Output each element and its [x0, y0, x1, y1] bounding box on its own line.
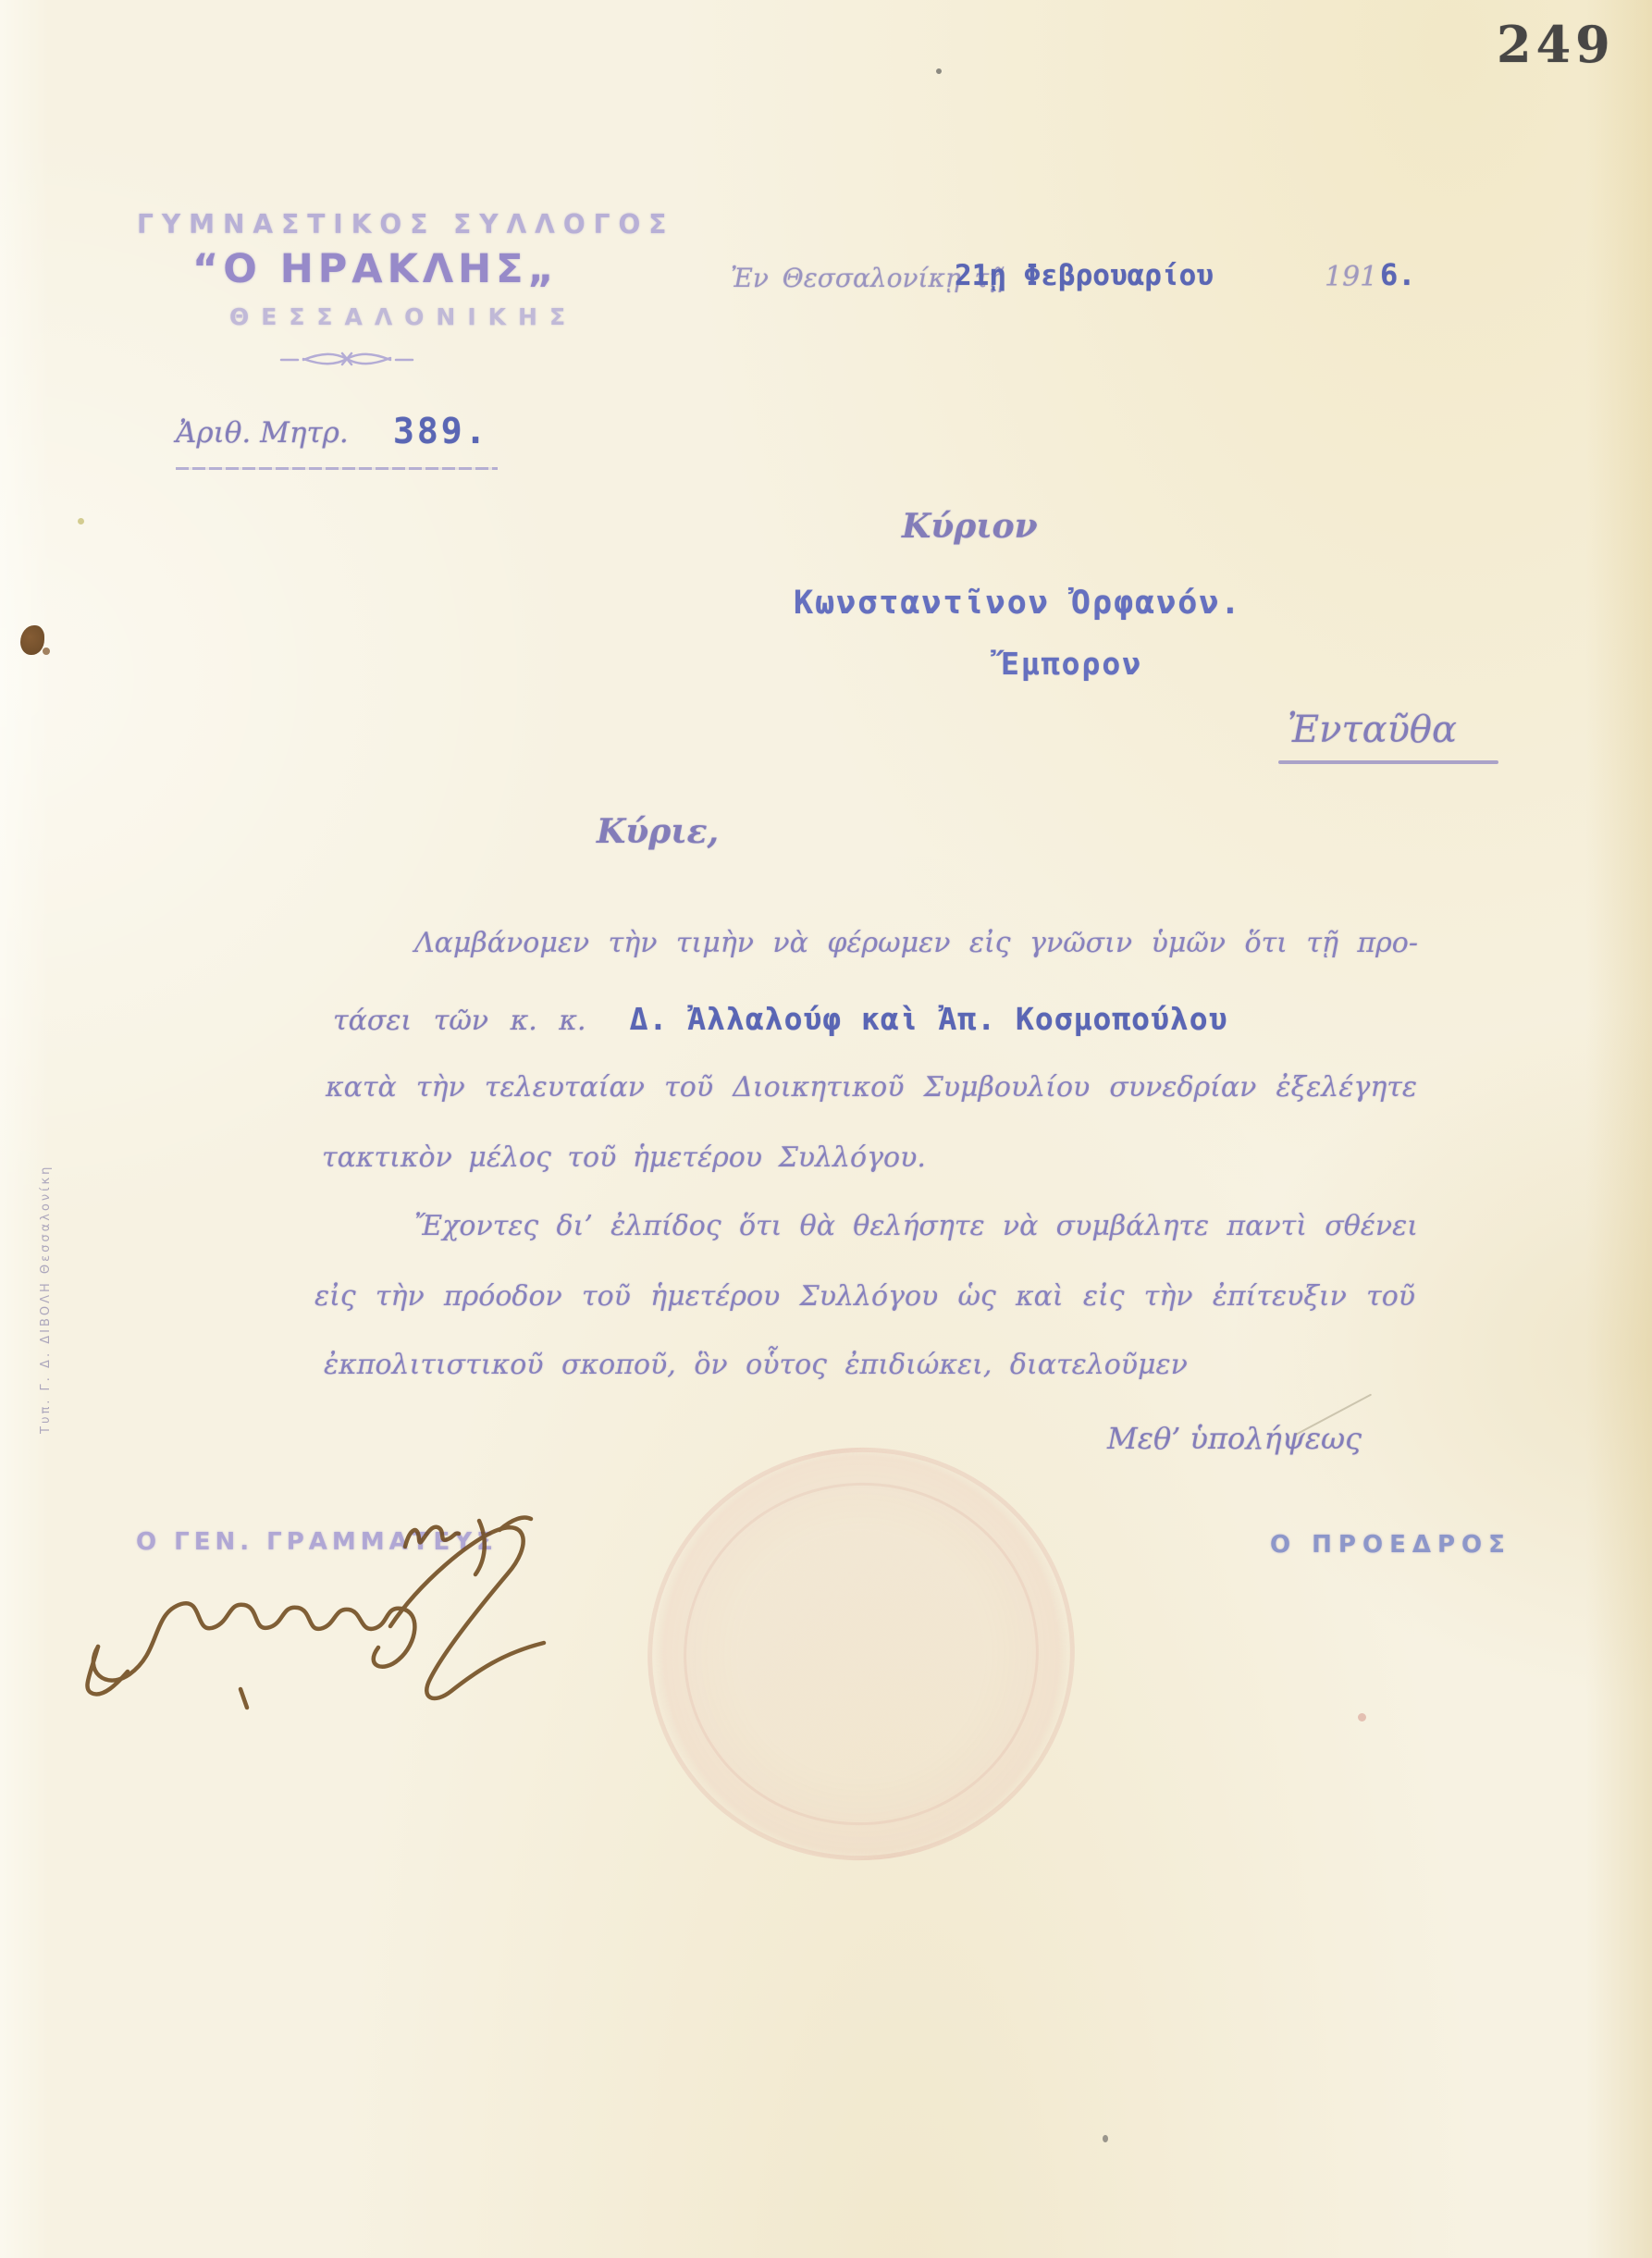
recipient-location: Ἐνταῦθα [1288, 709, 1457, 751]
paper-speck-top [936, 68, 942, 74]
recipient-name: Κωνσταντῖνον Ὀρφανόν. [794, 585, 1242, 622]
page-number: 249 [1497, 15, 1615, 74]
paper-speck-red [1358, 1713, 1366, 1721]
registry-number: 389. [393, 411, 489, 451]
paper-speck-bottom [1103, 2135, 1108, 2142]
body-para1-line2-printed: τάσει τῶν κ. κ. [333, 1005, 586, 1037]
body-para2-line2: εἰς τὴν πρόοδον τοῦ ἡμετέρου Συλλόγου ὡς… [314, 1280, 1415, 1313]
red-seal-stamp-inner-ring [661, 1460, 1061, 1848]
printer-imprint: Τυπ. Γ. Δ. ΔΙΒΟΛΗ Θεσσαλονίκη [39, 1045, 53, 1434]
body-para1-line2-typed: Δ. Ἀλλαλούφ καὶ Ἀπ. Κοσμοπούλου [630, 1001, 1228, 1037]
letterhead-ornament-icon [277, 348, 416, 370]
letterhead-city: ΘΕΣΣΑΛΟΝΙΚΗΣ [229, 303, 577, 330]
body-para1-line4: τακτικὸν μέλος τοῦ ἡμετέρου Συλλόγου. [322, 1141, 1427, 1174]
dateline-typed: 21ῃ Φεβρουαρίου [955, 259, 1214, 292]
letterhead-org-line: ΓΥΜΝΑΣΤΙΚΟΣ ΣΥΛΛΟΓΟΣ [137, 209, 674, 240]
letter-scan-page: 249 ΓΥΜΝΑΣΤΙΚΟΣ ΣΥΛΛΟΓΟΣ “Ο ΗΡΑΚΛΗΣ„ ΘΕΣ… [0, 0, 1652, 2258]
president-label: Ο ΠΡΟΕΔΡΟΣ [1270, 1531, 1511, 1559]
registry-underline [176, 467, 498, 470]
location-underline [1278, 760, 1498, 764]
letterhead-org-name: “Ο ΗΡΑΚΛΗΣ„ [192, 246, 559, 292]
body-para1-line1: Λαμβάνομεν τὴν τιμὴν νὰ φέρωμεν εἰς γνῶσ… [414, 927, 1418, 959]
dateline-year-typed: 6. [1380, 257, 1416, 292]
dateline-year-printed: 191 [1325, 261, 1377, 293]
recipient-occupation: Ἔμπορον [1001, 646, 1142, 682]
letter-greeting: Κύριε, [597, 812, 719, 851]
closing-phrase: Μεθ’ ὑπολήψεως [1107, 1421, 1362, 1456]
body-para1-line3: κατὰ τὴν τελευταίαν τοῦ Διοικητικοῦ Συμβ… [326, 1071, 1417, 1104]
ink-blot [20, 625, 44, 655]
body-para1-line2: τάσει τῶν κ. κ. Δ. Ἀλλαλούφ καὶ Ἀπ. Κοσμ… [333, 1001, 1228, 1037]
ink-blot-small [43, 648, 50, 655]
body-para2-line1: Ἔχοντες δι’ ἐλπίδος ὅτι θὰ θελήσητε νὰ σ… [414, 1210, 1418, 1242]
secretary-signature [65, 1508, 583, 1724]
recipient-title: Κύριον [902, 507, 1038, 546]
registry-label: Ἀριθ. Μητρ. [176, 416, 349, 450]
paper-speck-yellow [78, 518, 84, 524]
red-seal-stamp [621, 1420, 1102, 1888]
body-para2-line3: ἐκπολιτιστικοῦ σκοποῦ, ὃν οὗτος ἐπιδιώκε… [324, 1349, 1429, 1381]
